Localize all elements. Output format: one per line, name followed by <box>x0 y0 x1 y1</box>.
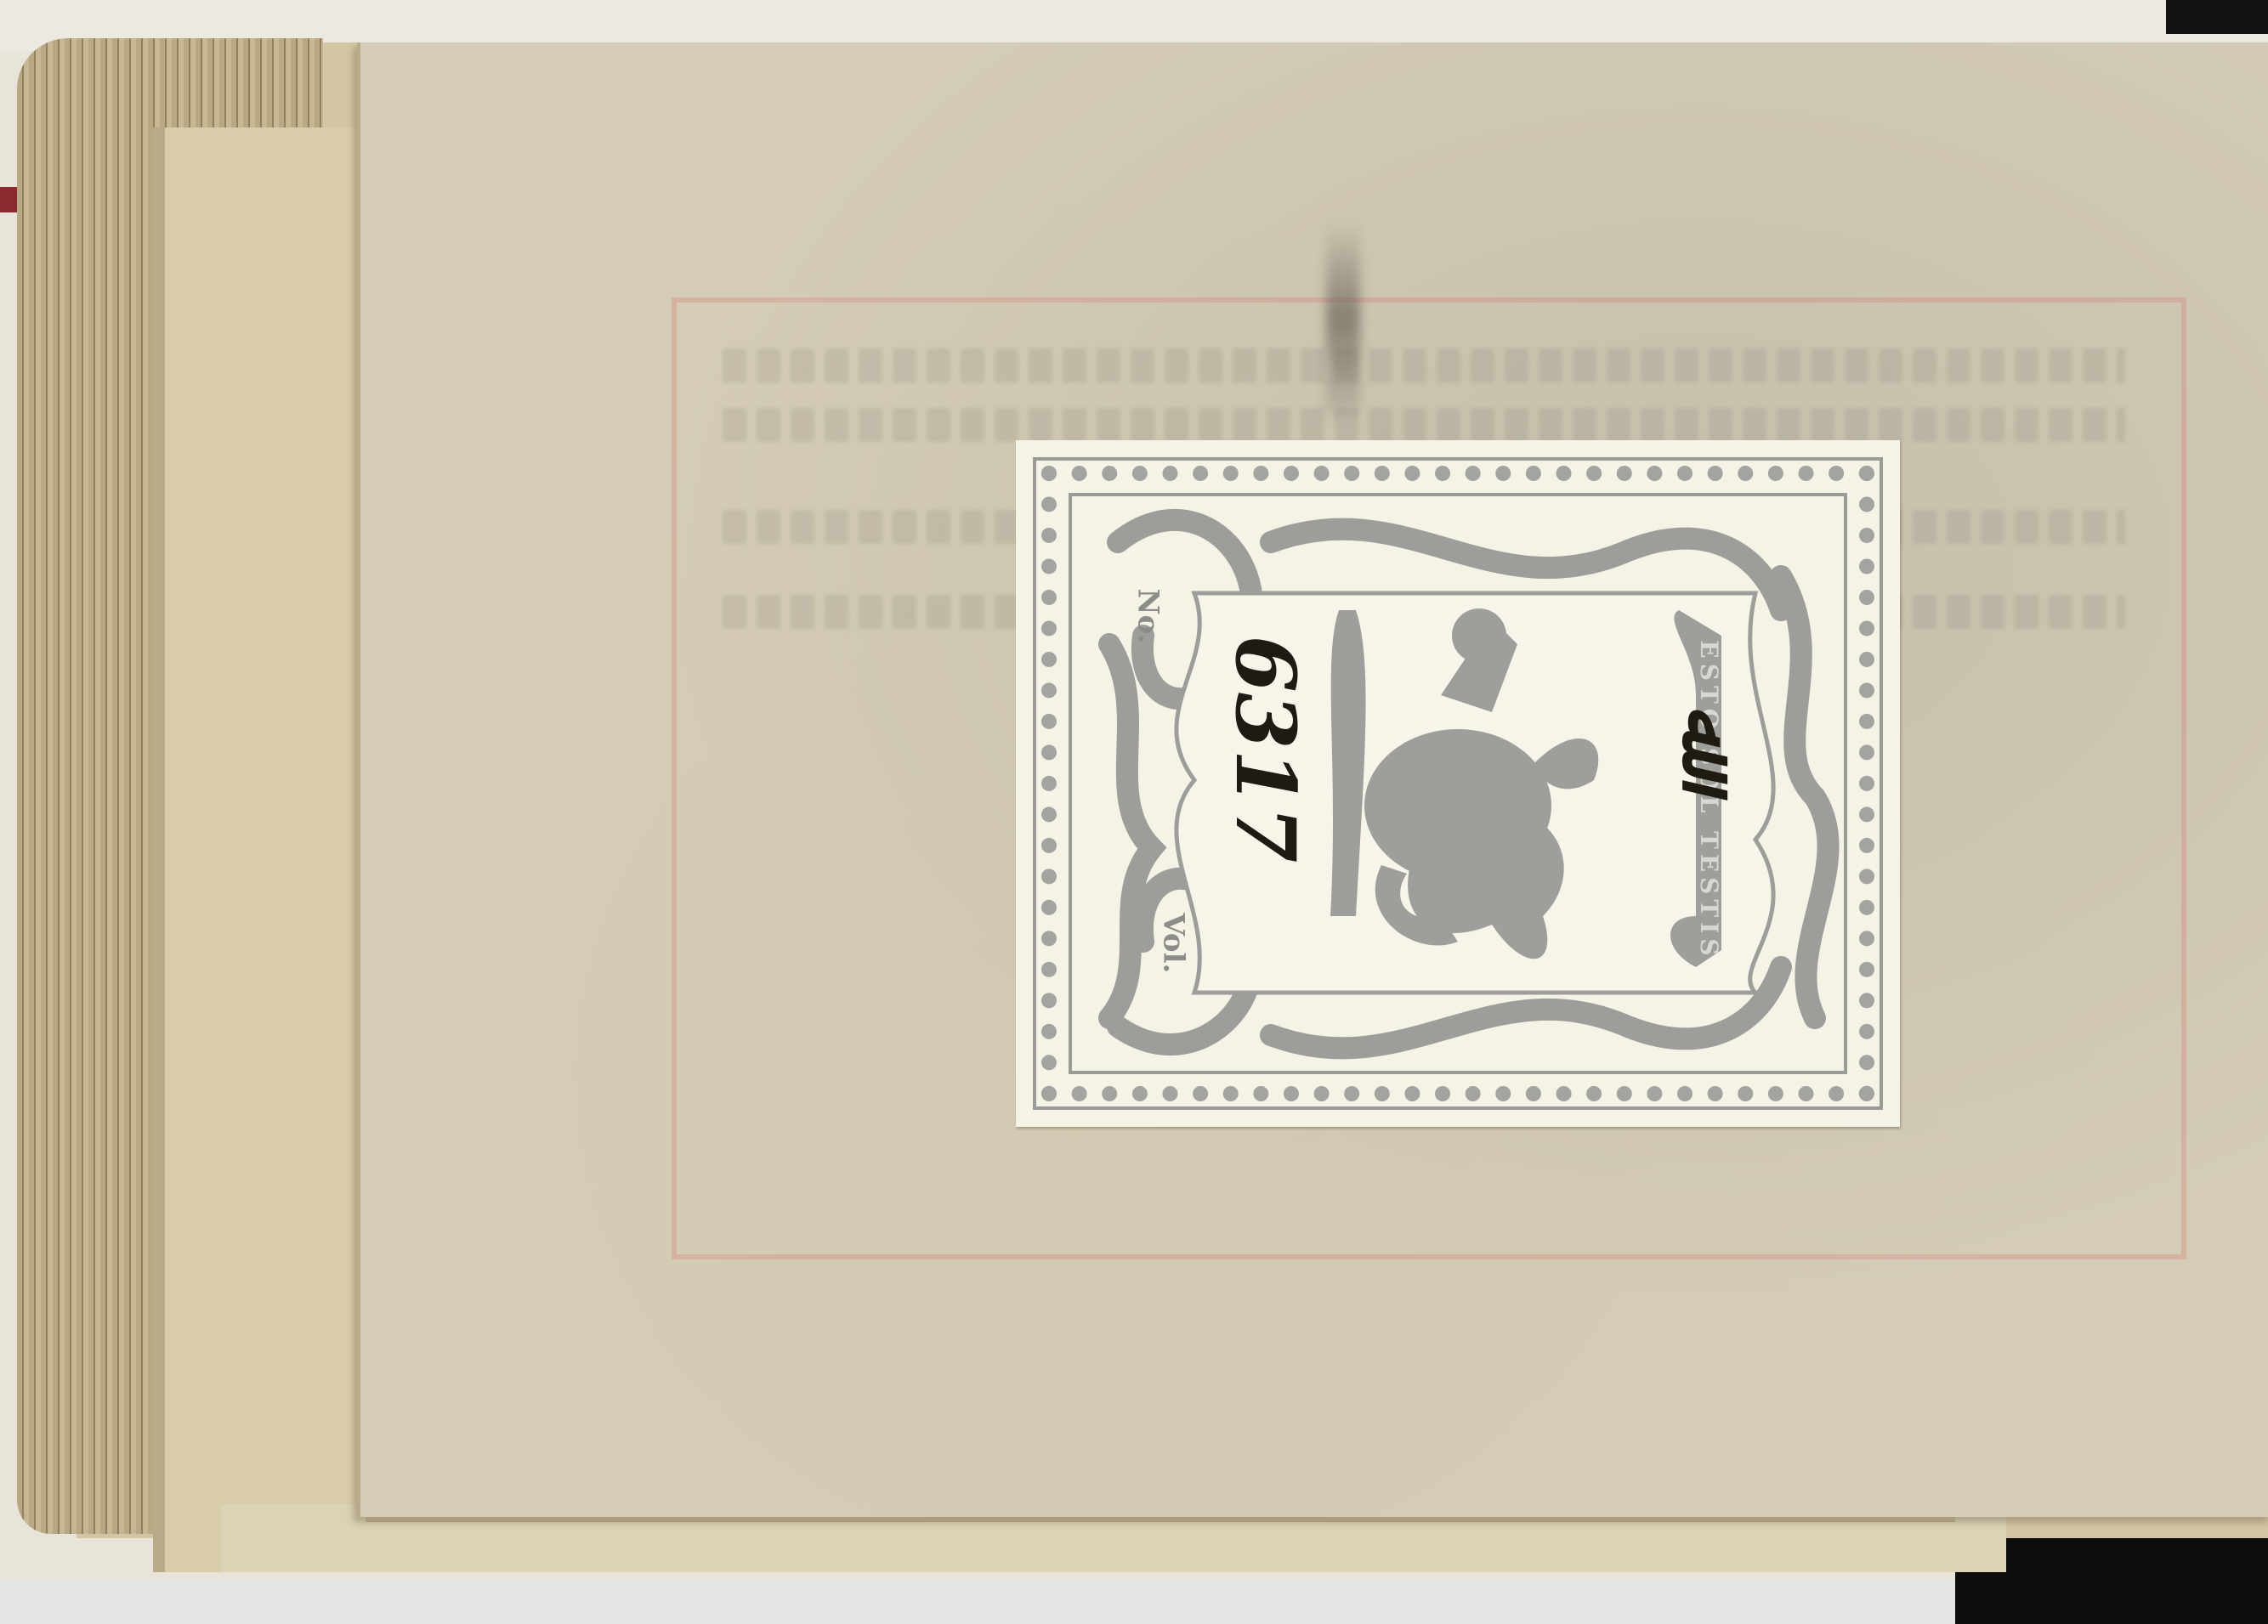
book-cover-edge <box>0 187 19 212</box>
bookplate-volume-label: Vol. <box>1156 914 1190 974</box>
cartouche-engraving-icon <box>1016 440 1900 1127</box>
background-surface-bottom <box>0 1581 1955 1624</box>
showthrough-text-line <box>723 348 2125 382</box>
background-shadow <box>2166 0 2268 34</box>
bookplate-motto: ESTO SOL TESTIS <box>1694 614 1723 987</box>
handwritten-shelfmark: 6317 <box>1217 636 1313 863</box>
ink-stain <box>1326 221 1360 416</box>
bookplate-number-label: No. <box>1131 589 1165 644</box>
page-edge-shadow <box>366 1517 1955 1522</box>
showthrough-text-line <box>723 408 2125 442</box>
handwritten-mark: ﷲ <box>1666 705 1752 748</box>
bookplate <box>1016 440 1900 1127</box>
